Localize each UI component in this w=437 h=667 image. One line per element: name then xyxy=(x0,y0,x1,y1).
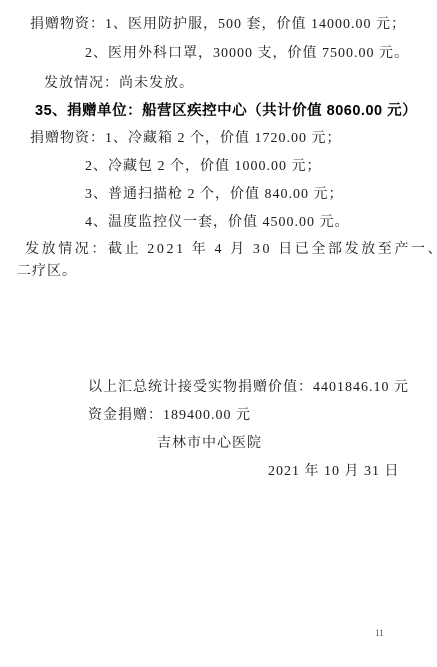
signature-date: 2021 年 10 月 31 日 xyxy=(268,463,400,481)
summary-total-cash: 资金捐赠：189400.00 元 xyxy=(88,407,251,425)
unit-35-distribution-line-1: 发放情况：截止 2021 年 4 月 30 日已全部发放至产一、产 xyxy=(25,241,437,259)
document-page: 捐赠物资：1、医用防护服，500 套，价值 14000.00 元； 2、医用外科… xyxy=(0,0,437,667)
unit-35-items-line-3: 3、普通扫描枪 2 个，价值 840.00 元； xyxy=(85,186,344,204)
prev-unit-items-line-1: 捐赠物资：1、医用防护服，500 套，价值 14000.00 元； xyxy=(30,16,406,34)
unit-35-items-line-2: 2、冷藏包 2 个，价值 1000.00 元； xyxy=(85,158,322,176)
unit-35-items-line-4: 4、温度监控仪一套，价值 4500.00 元。 xyxy=(85,214,350,232)
unit-35-distribution-line-2: 二疗区。 xyxy=(17,263,77,281)
prev-unit-items-line-2: 2、医用外科口罩，30000 支，价值 7500.00 元。 xyxy=(85,45,409,63)
unit-35-heading: 35、捐赠单位：船营区疾控中心（共计价值 8060.00 元） xyxy=(35,102,417,120)
page-number: 11 xyxy=(375,628,384,638)
summary-total-in-kind: 以上汇总统计接受实物捐赠价值：4401846.10 元 xyxy=(88,379,409,397)
prev-unit-distribution-status: 发放情况：尚未发放。 xyxy=(44,75,194,93)
signature-hospital-name: 吉林市中心医院 xyxy=(157,435,262,453)
unit-35-items-line-1: 捐赠物资：1、冷藏箱 2 个，价值 1720.00 元； xyxy=(30,130,342,148)
